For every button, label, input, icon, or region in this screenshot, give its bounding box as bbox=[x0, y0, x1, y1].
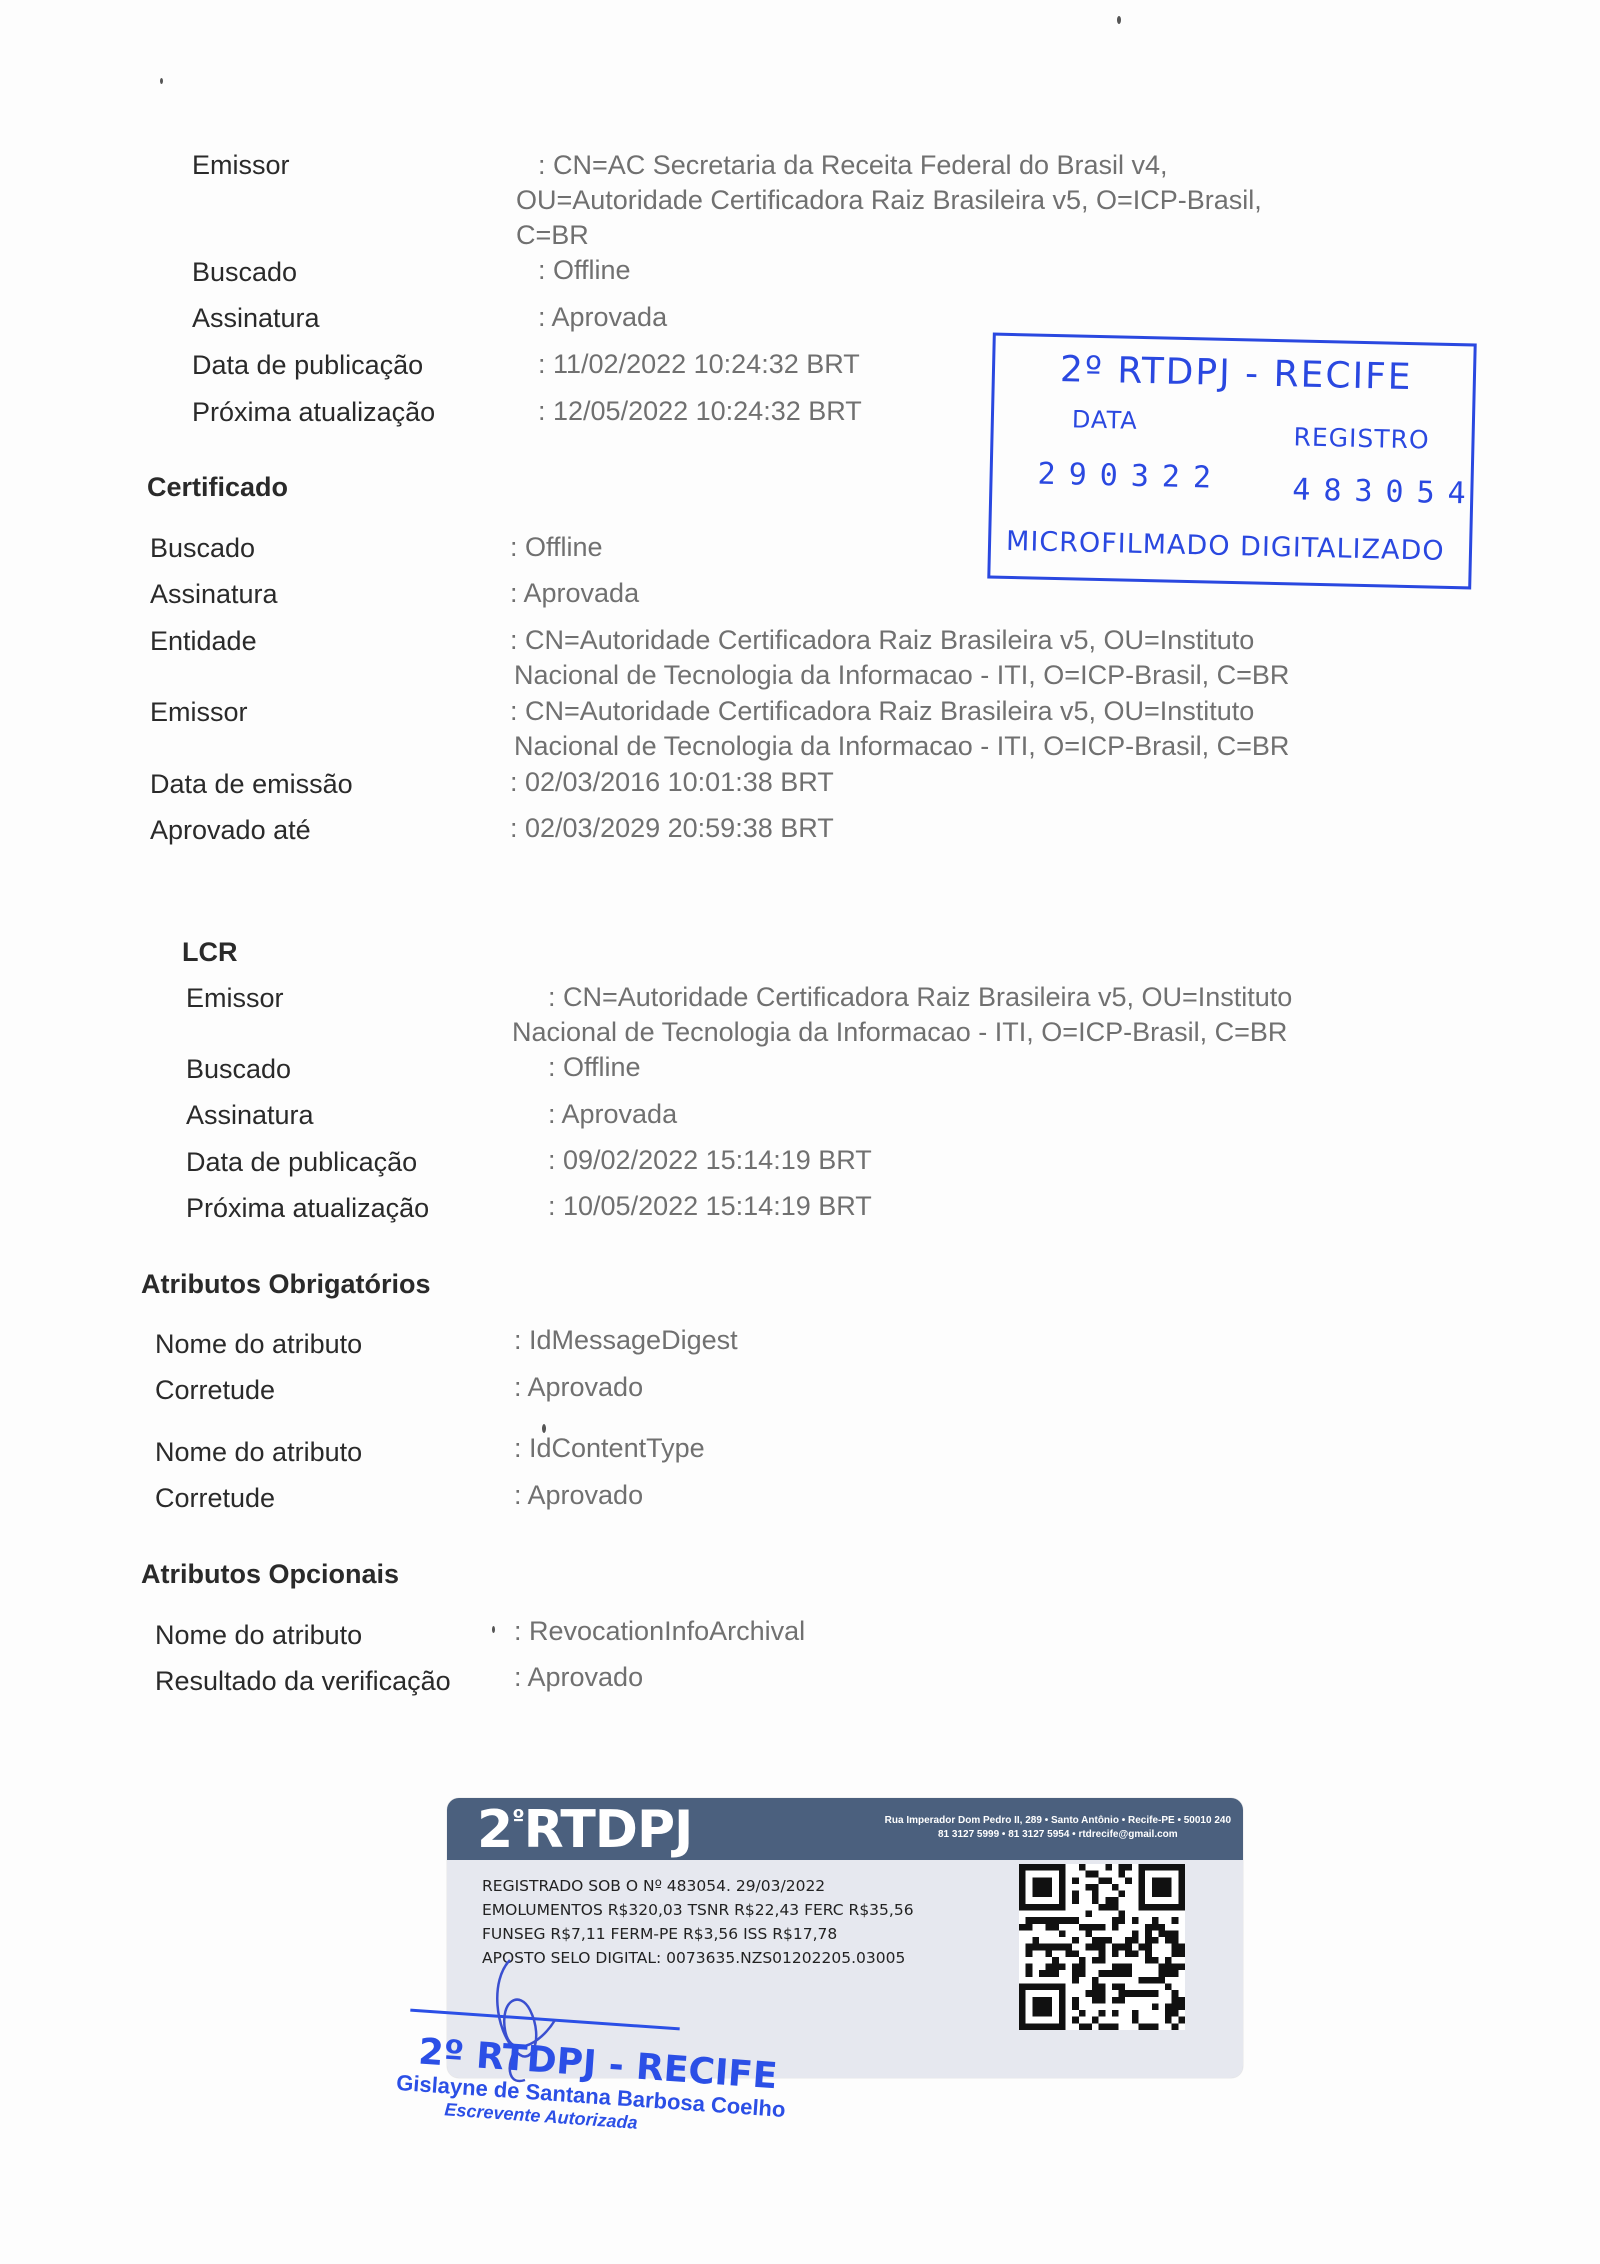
field-label: Corretude bbox=[155, 1375, 275, 1406]
registration-line: EMOLUMENTOS R$320,03 TSNR R$22,43 FERC R… bbox=[482, 1898, 914, 1922]
field-value: : RevocationInfoArchival bbox=[514, 1614, 805, 1649]
rtdpj-logo: 2ºRTDPJ bbox=[477, 1800, 692, 1860]
section-title: Certificado bbox=[147, 472, 288, 503]
field-value: C=BR bbox=[516, 218, 589, 253]
qr-code-icon bbox=[1019, 1864, 1185, 2030]
field-label: Próxima atualização bbox=[192, 397, 435, 428]
field-value: : Aprovado bbox=[514, 1478, 643, 1513]
registration-label-header: 2ºRTDPJ Rua Imperador Dom Pedro II, 289 … bbox=[447, 1798, 1243, 1860]
stamp-registro-number: 483054 bbox=[1292, 472, 1479, 511]
field-value: : Aprovado bbox=[514, 1370, 643, 1405]
field-label: Emissor bbox=[192, 150, 290, 181]
field-value: : 11/02/2022 10:24:32 BRT bbox=[538, 347, 860, 382]
field-value: : Aprovado bbox=[514, 1660, 643, 1695]
registration-line: REGISTRADO SOB O Nº 483054. 29/03/2022 bbox=[482, 1874, 914, 1898]
field-label: Data de publicação bbox=[192, 350, 423, 381]
registry-stamp: 2º RTDPJ - RECIFE DATA REGISTRO 290322 4… bbox=[987, 333, 1476, 590]
field-value: : 10/05/2022 15:14:19 BRT bbox=[548, 1189, 872, 1224]
stamp-footer: MICROFILMADO DIGITALIZADO bbox=[1006, 526, 1445, 567]
field-value: : Aprovada bbox=[538, 300, 667, 335]
field-value: : CN=Autoridade Certificadora Raiz Brasi… bbox=[510, 694, 1254, 729]
field-label: Próxima atualização bbox=[186, 1193, 429, 1224]
field-label: Data de publicação bbox=[186, 1147, 417, 1178]
field-value: OU=Autoridade Certificadora Raiz Brasile… bbox=[516, 183, 1262, 218]
field-value: : CN=Autoridade Certificadora Raiz Brasi… bbox=[548, 980, 1292, 1015]
field-label: Nome do atributo bbox=[155, 1437, 362, 1468]
field-value: : Aprovada bbox=[548, 1097, 677, 1132]
field-value: : CN=AC Secretaria da Receita Federal do… bbox=[538, 148, 1168, 183]
field-label: Emissor bbox=[150, 697, 248, 728]
field-value: Nacional de Tecnologia da Informacao - I… bbox=[514, 658, 1289, 693]
stamp-registro-label: REGISTRO bbox=[1293, 422, 1430, 454]
field-value: : 09/02/2022 15:14:19 BRT bbox=[548, 1143, 872, 1178]
office-address: Rua Imperador Dom Pedro II, 289 • Santo … bbox=[885, 1814, 1231, 1842]
field-value: Nacional de Tecnologia da Informacao - I… bbox=[514, 729, 1289, 764]
field-label: Resultado da verificação bbox=[155, 1666, 451, 1697]
field-value: : IdContentType bbox=[514, 1431, 705, 1466]
stamp-date: 290322 bbox=[1037, 457, 1224, 496]
field-label: Aprovado até bbox=[150, 815, 311, 846]
field-label: Assinatura bbox=[192, 303, 320, 334]
scan-speck bbox=[160, 78, 163, 84]
field-value: : 12/05/2022 10:24:32 BRT bbox=[538, 394, 862, 429]
field-value: : Offline bbox=[510, 530, 603, 565]
section-title: Atributos Obrigatórios bbox=[141, 1269, 431, 1300]
field-value: : Aprovada bbox=[510, 576, 639, 611]
section-title: LCR bbox=[182, 937, 238, 968]
field-value: : 02/03/2016 10:01:38 BRT bbox=[510, 765, 834, 800]
field-label: Emissor bbox=[186, 983, 284, 1014]
field-value: : IdMessageDigest bbox=[514, 1323, 738, 1358]
scan-speck bbox=[542, 1424, 546, 1433]
field-label: Buscado bbox=[192, 257, 297, 288]
field-label: Corretude bbox=[155, 1483, 275, 1514]
field-label: Data de emissão bbox=[150, 769, 353, 800]
field-label: Buscado bbox=[150, 533, 255, 564]
scan-speck bbox=[1117, 16, 1121, 24]
stamp-title: 2º RTDPJ - RECIFE bbox=[1060, 349, 1413, 398]
field-label: Assinatura bbox=[150, 579, 278, 610]
field-label: Nome do atributo bbox=[155, 1329, 362, 1360]
field-value: : 02/03/2029 20:59:38 BRT bbox=[510, 811, 834, 846]
field-value: : CN=Autoridade Certificadora Raiz Brasi… bbox=[510, 623, 1254, 658]
scan-speck bbox=[492, 1626, 495, 1633]
field-label: Buscado bbox=[186, 1054, 291, 1085]
field-label: Assinatura bbox=[186, 1100, 314, 1131]
field-value: : Offline bbox=[538, 253, 631, 288]
field-value: : Offline bbox=[548, 1050, 641, 1085]
field-label: Nome do atributo bbox=[155, 1620, 362, 1651]
registration-line: FUNSEG R$7,11 FERM-PE R$3,56 ISS R$17,78 bbox=[482, 1922, 914, 1946]
field-label: Entidade bbox=[150, 626, 257, 657]
stamp-data-label: DATA bbox=[1072, 405, 1138, 434]
field-value: Nacional de Tecnologia da Informacao - I… bbox=[512, 1015, 1287, 1050]
section-title: Atributos Opcionais bbox=[141, 1559, 399, 1590]
